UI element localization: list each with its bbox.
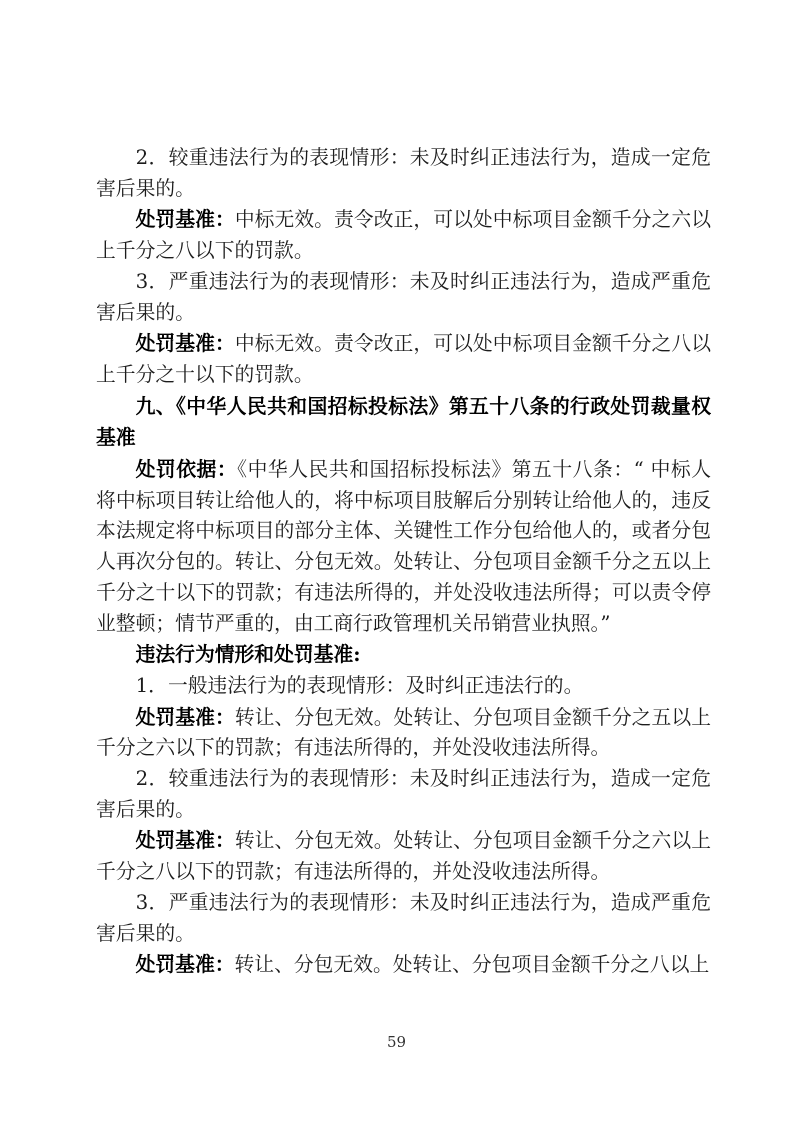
penalty-basis-severe-art58-truncated: 处罚基准：转让、分包无效。处转让、分包项目金额千分之八以上	[96, 949, 711, 981]
penalty-basis-moderate-art57: 处罚基准：中标无效。责令改正，可以处中标项目金额千分之六以上千分之八以下的罚款。	[96, 204, 711, 266]
item-3-severe-violation-art58: 3．严重违法行为的表现情形：未及时纠正违法行为，造成严重危害后果的。	[96, 888, 711, 949]
item-2-moderate-violation-art58: 2．较重违法行为的表现情形：未及时纠正违法行为，造成一定危害后果的。	[96, 764, 711, 825]
text-segment: 《中华人民共和国招标投标法》第五十八条：“ 中标人将中标项目转让给他人的，将中标…	[96, 458, 711, 635]
item-1-general-violation-art58: 1．一般违法行为的表现情形：及时纠正违法行的。	[96, 671, 711, 702]
bold-text-segment: 处罚依据：	[136, 457, 238, 481]
item-3-severe-violation-art57: 3．严重违法行为的表现情形：未及时纠正违法行为，造成严重危害后果的。	[96, 267, 711, 328]
text-segment: 1．一般违法行为的表现情形：及时纠正违法行的。	[136, 674, 584, 697]
text-segment: 2．较重违法行为的表现情形：未及时纠正违法行为，造成一定危害后果的。	[96, 767, 711, 821]
text-segment: 转让、分包无效。处转让、分包项目金额千分之八以上	[235, 953, 710, 976]
page-number: 59	[0, 1032, 793, 1052]
bold-text-segment: 处罚基准：	[136, 828, 235, 852]
penalty-basis-severe-art57: 处罚基准：中标无效。责令改正，可以处中标项目金额千分之八以上千分之十以下的罚款。	[96, 328, 711, 390]
bold-text-segment: 九、《中华人民共和国招标投标法》第五十八条的行政处罚裁量权基准	[96, 394, 711, 450]
violation-and-penalty-basis-label: 违法行为情形和处罚基准:	[96, 639, 711, 671]
section-9-heading: 九、《中华人民共和国招标投标法》第五十八条的行政处罚裁量权基准	[96, 391, 711, 454]
bold-text-segment: 处罚基准：	[136, 331, 235, 355]
penalty-basis-general-art58: 处罚基准：转让、分包无效。处转让、分包项目金额千分之五以上千分之六以下的罚款；有…	[96, 702, 711, 764]
bold-text-segment: 处罚基准：	[136, 207, 235, 231]
text-segment: 3．严重违法行为的表现情形：未及时纠正违法行为，造成严重危害后果的。	[96, 270, 711, 324]
document-body: 2．较重违法行为的表现情形：未及时纠正违法行为，造成一定危害后果的。处罚基准：中…	[96, 143, 711, 981]
bold-text-segment: 违法行为情形和处罚基准:	[136, 642, 361, 666]
document-page: 2．较重违法行为的表现情形：未及时纠正违法行为，造成一定危害后果的。处罚基准：中…	[0, 0, 793, 1122]
bold-text-segment: 处罚基准：	[136, 952, 235, 976]
text-segment: 2．较重违法行为的表现情形：未及时纠正违法行为，造成一定危害后果的。	[96, 146, 711, 200]
text-segment: 3．严重违法行为的表现情形：未及时纠正违法行为，造成严重危害后果的。	[96, 891, 711, 945]
bold-text-segment: 处罚基准：	[136, 705, 235, 729]
penalty-basis-moderate-art58: 处罚基准：转让、分包无效。处转让、分包项目金额千分之六以上千分之八以下的罚款；有…	[96, 825, 711, 887]
item-2-moderate-violation-art57: 2．较重违法行为的表现情形：未及时纠正违法行为，造成一定危害后果的。	[96, 143, 711, 204]
penalty-legal-basis-art58: 处罚依据：《中华人民共和国招标投标法》第五十八条：“ 中标人将中标项目转让给他人…	[96, 454, 711, 639]
